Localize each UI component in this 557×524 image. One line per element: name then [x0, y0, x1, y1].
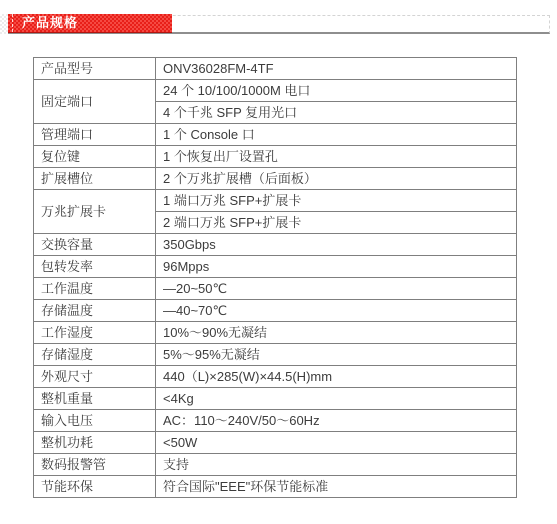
- spec-label-cell: 工作湿度: [34, 322, 156, 344]
- spec-label-cell: 节能环保: [34, 476, 156, 498]
- spec-value-cell: 2 个万兆扩展槽（后面板）: [156, 168, 517, 190]
- table-row: 输入电压AC：110～240V/50～60Hz: [34, 410, 517, 432]
- spec-label-cell: 交换容量: [34, 234, 156, 256]
- section-header: 产品规格: [8, 14, 550, 34]
- spec-label-cell: 输入电压: [34, 410, 156, 432]
- spec-value-cell: 1 端口万兆 SFP+扩展卡: [156, 190, 517, 212]
- spec-table: 产品型号ONV36028FM-4TF固定端口24 个 10/100/1000M …: [33, 57, 517, 498]
- spec-label-cell: 数码报警管: [34, 454, 156, 476]
- spec-label-cell: 固定端口: [34, 80, 156, 124]
- spec-value-cell: AC：110～240V/50～60Hz: [156, 410, 517, 432]
- table-row: 固定端口24 个 10/100/1000M 电口: [34, 80, 517, 102]
- table-row: 包转发率96Mpps: [34, 256, 517, 278]
- spec-label-cell: 管理端口: [34, 124, 156, 146]
- spec-value-cell: 4 个千兆 SFP 复用光口: [156, 102, 517, 124]
- spec-label-cell: 整机功耗: [34, 432, 156, 454]
- spec-value-cell: <50W: [156, 432, 517, 454]
- table-row: 产品型号ONV36028FM-4TF: [34, 58, 517, 80]
- spec-value-cell: 24 个 10/100/1000M 电口: [156, 80, 517, 102]
- spec-value-cell: <4Kg: [156, 388, 517, 410]
- spec-label-cell: 存储温度: [34, 300, 156, 322]
- table-row: 管理端口1 个 Console 口: [34, 124, 517, 146]
- spec-value-cell: 符合国际"EEE"环保节能标准: [156, 476, 517, 498]
- spec-value-cell: —20~50℃: [156, 278, 517, 300]
- table-row: 节能环保符合国际"EEE"环保节能标准: [34, 476, 517, 498]
- spec-value-cell: 440（L)×285(W)×44.5(H)mm: [156, 366, 517, 388]
- spec-value-cell: 5%～95%无凝结: [156, 344, 517, 366]
- spec-table-body: 产品型号ONV36028FM-4TF固定端口24 个 10/100/1000M …: [34, 58, 517, 498]
- table-row: 万兆扩展卡1 端口万兆 SFP+扩展卡: [34, 190, 517, 212]
- spec-label-cell: 复位键: [34, 146, 156, 168]
- table-row: 存储温度—40~70℃: [34, 300, 517, 322]
- spec-value-cell: 支持: [156, 454, 517, 476]
- spec-label-cell: 外观尺寸: [34, 366, 156, 388]
- table-row: 工作湿度10%～90%无凝结: [34, 322, 517, 344]
- section-title: 产品规格: [8, 14, 172, 32]
- spec-label-cell: 扩展槽位: [34, 168, 156, 190]
- spec-label-cell: 整机重量: [34, 388, 156, 410]
- spec-value-cell: 1 个恢复出厂设置孔: [156, 146, 517, 168]
- table-row: 交换容量350Gbps: [34, 234, 517, 256]
- table-row: 外观尺寸440（L)×285(W)×44.5(H)mm: [34, 366, 517, 388]
- table-row: 复位键1 个恢复出厂设置孔: [34, 146, 517, 168]
- spec-value-cell: 10%～90%无凝结: [156, 322, 517, 344]
- spec-value-cell: 96Mpps: [156, 256, 517, 278]
- spec-value-cell: —40~70℃: [156, 300, 517, 322]
- spec-value-cell: ONV36028FM-4TF: [156, 58, 517, 80]
- table-row: 存储湿度5%～95%无凝结: [34, 344, 517, 366]
- table-row: 数码报警管支持: [34, 454, 517, 476]
- spec-label-cell: 工作温度: [34, 278, 156, 300]
- table-row: 扩展槽位2 个万兆扩展槽（后面板）: [34, 168, 517, 190]
- spec-label-cell: 产品型号: [34, 58, 156, 80]
- spec-value-cell: 350Gbps: [156, 234, 517, 256]
- table-row: 工作温度—20~50℃: [34, 278, 517, 300]
- banner-left-texture: [0, 14, 8, 34]
- table-row: 整机功耗<50W: [34, 432, 517, 454]
- spec-label-cell: 包转发率: [34, 256, 156, 278]
- spec-value-cell: 2 端口万兆 SFP+扩展卡: [156, 212, 517, 234]
- spec-value-cell: 1 个 Console 口: [156, 124, 517, 146]
- section-header-red-block: 产品规格: [8, 14, 172, 33]
- spec-label-cell: 存储湿度: [34, 344, 156, 366]
- table-row: 整机重量<4Kg: [34, 388, 517, 410]
- spec-label-cell: 万兆扩展卡: [34, 190, 156, 234]
